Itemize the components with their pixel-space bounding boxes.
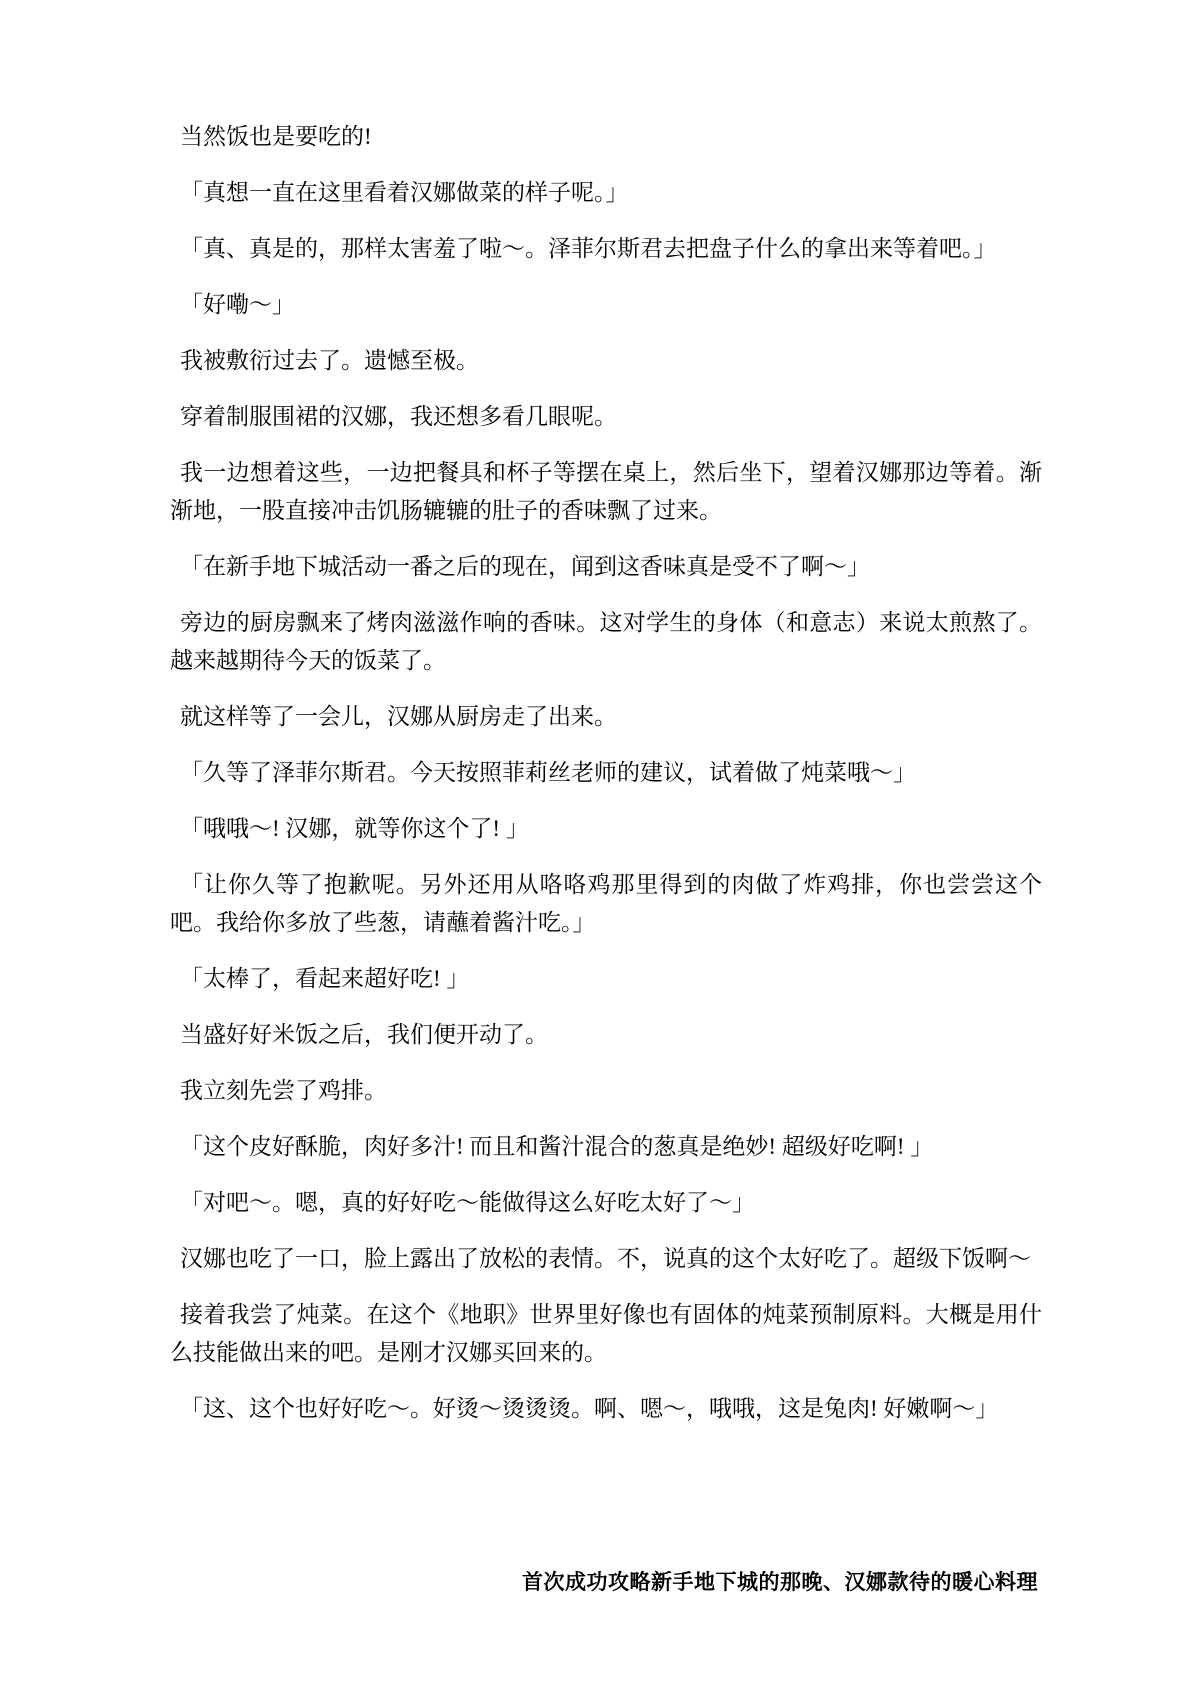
chapter-title-caption: 首次成功攻略新手地下城的那晚、汉娜款待的暖心料理 [170, 1568, 1038, 1598]
paragraph: 我立刻先尝了鸡排。 [170, 1072, 1042, 1110]
paragraph: 接着我尝了炖菜。在这个《地职》世界里好像也有固体的炖菜预制原料。大概是用什么技能… [170, 1296, 1042, 1372]
paragraph: 「在新手地下城活动一番之后的现在，闻到这香味真是受不了啊～」 [170, 548, 1042, 586]
paragraph: 我被敷衍过去了。遗憾至极。 [170, 342, 1042, 380]
paragraph: 穿着制服围裙的汉娜，我还想多看几眼呢。 [170, 398, 1042, 436]
paragraph: 旁边的厨房飘来了烤肉滋滋作响的香味。这对学生的身体（和意志）来说太煎熬了。越来越… [170, 604, 1042, 680]
paragraph: 「真想一直在这里看着汉娜做菜的样子呢。」 [170, 174, 1042, 212]
novel-text-body: 当然饭也是要吃的!「真想一直在这里看着汉娜做菜的样子呢。」「真、真是的，那样太害… [170, 118, 1042, 1446]
paragraph: 「太棒了，看起来超好吃! 」 [170, 960, 1042, 998]
paragraph: 当然饭也是要吃的! [170, 118, 1042, 156]
paragraph: 「这个皮好酥脆，肉好多汁! 而且和酱汁混合的葱真是绝妙! 超级好吃啊! 」 [170, 1128, 1042, 1166]
paragraph: 「好嘞～」 [170, 286, 1042, 324]
paragraph: 我一边想着这些，一边把餐具和杯子等摆在桌上，然后坐下，望着汉娜那边等着。渐渐地，… [170, 454, 1042, 530]
paragraph: 「久等了泽菲尔斯君。今天按照菲莉丝老师的建议，试着做了炖菜哦～」 [170, 754, 1042, 792]
paragraph: 「对吧～。嗯，真的好好吃～能做得这么好吃太好了～」 [170, 1184, 1042, 1222]
paragraph: 「这、这个也好好吃～。好烫～烫烫烫。啊、嗯～，哦哦，这是兔肉! 好嫩啊～」 [170, 1390, 1042, 1428]
paragraph: 汉娜也吃了一口，脸上露出了放松的表情。不，说真的这个太好吃了。超级下饭啊～ [170, 1240, 1042, 1278]
paragraph: 就这样等了一会儿，汉娜从厨房走了出来。 [170, 698, 1042, 736]
novel-page: 当然饭也是要吃的!「真想一直在这里看着汉娜做菜的样子呢。」「真、真是的，那样太害… [0, 0, 1200, 1697]
paragraph: 「真、真是的，那样太害羞了啦～。泽菲尔斯君去把盘子什么的拿出来等着吧。」 [170, 230, 1042, 268]
paragraph: 「哦哦～! 汉娜，就等你这个了! 」 [170, 810, 1042, 848]
paragraph: 当盛好好米饭之后，我们便开动了。 [170, 1016, 1042, 1054]
paragraph: 「让你久等了抱歉呢。另外还用从咯咯鸡那里得到的肉做了炸鸡排，你也尝尝这个吧。我给… [170, 866, 1042, 942]
